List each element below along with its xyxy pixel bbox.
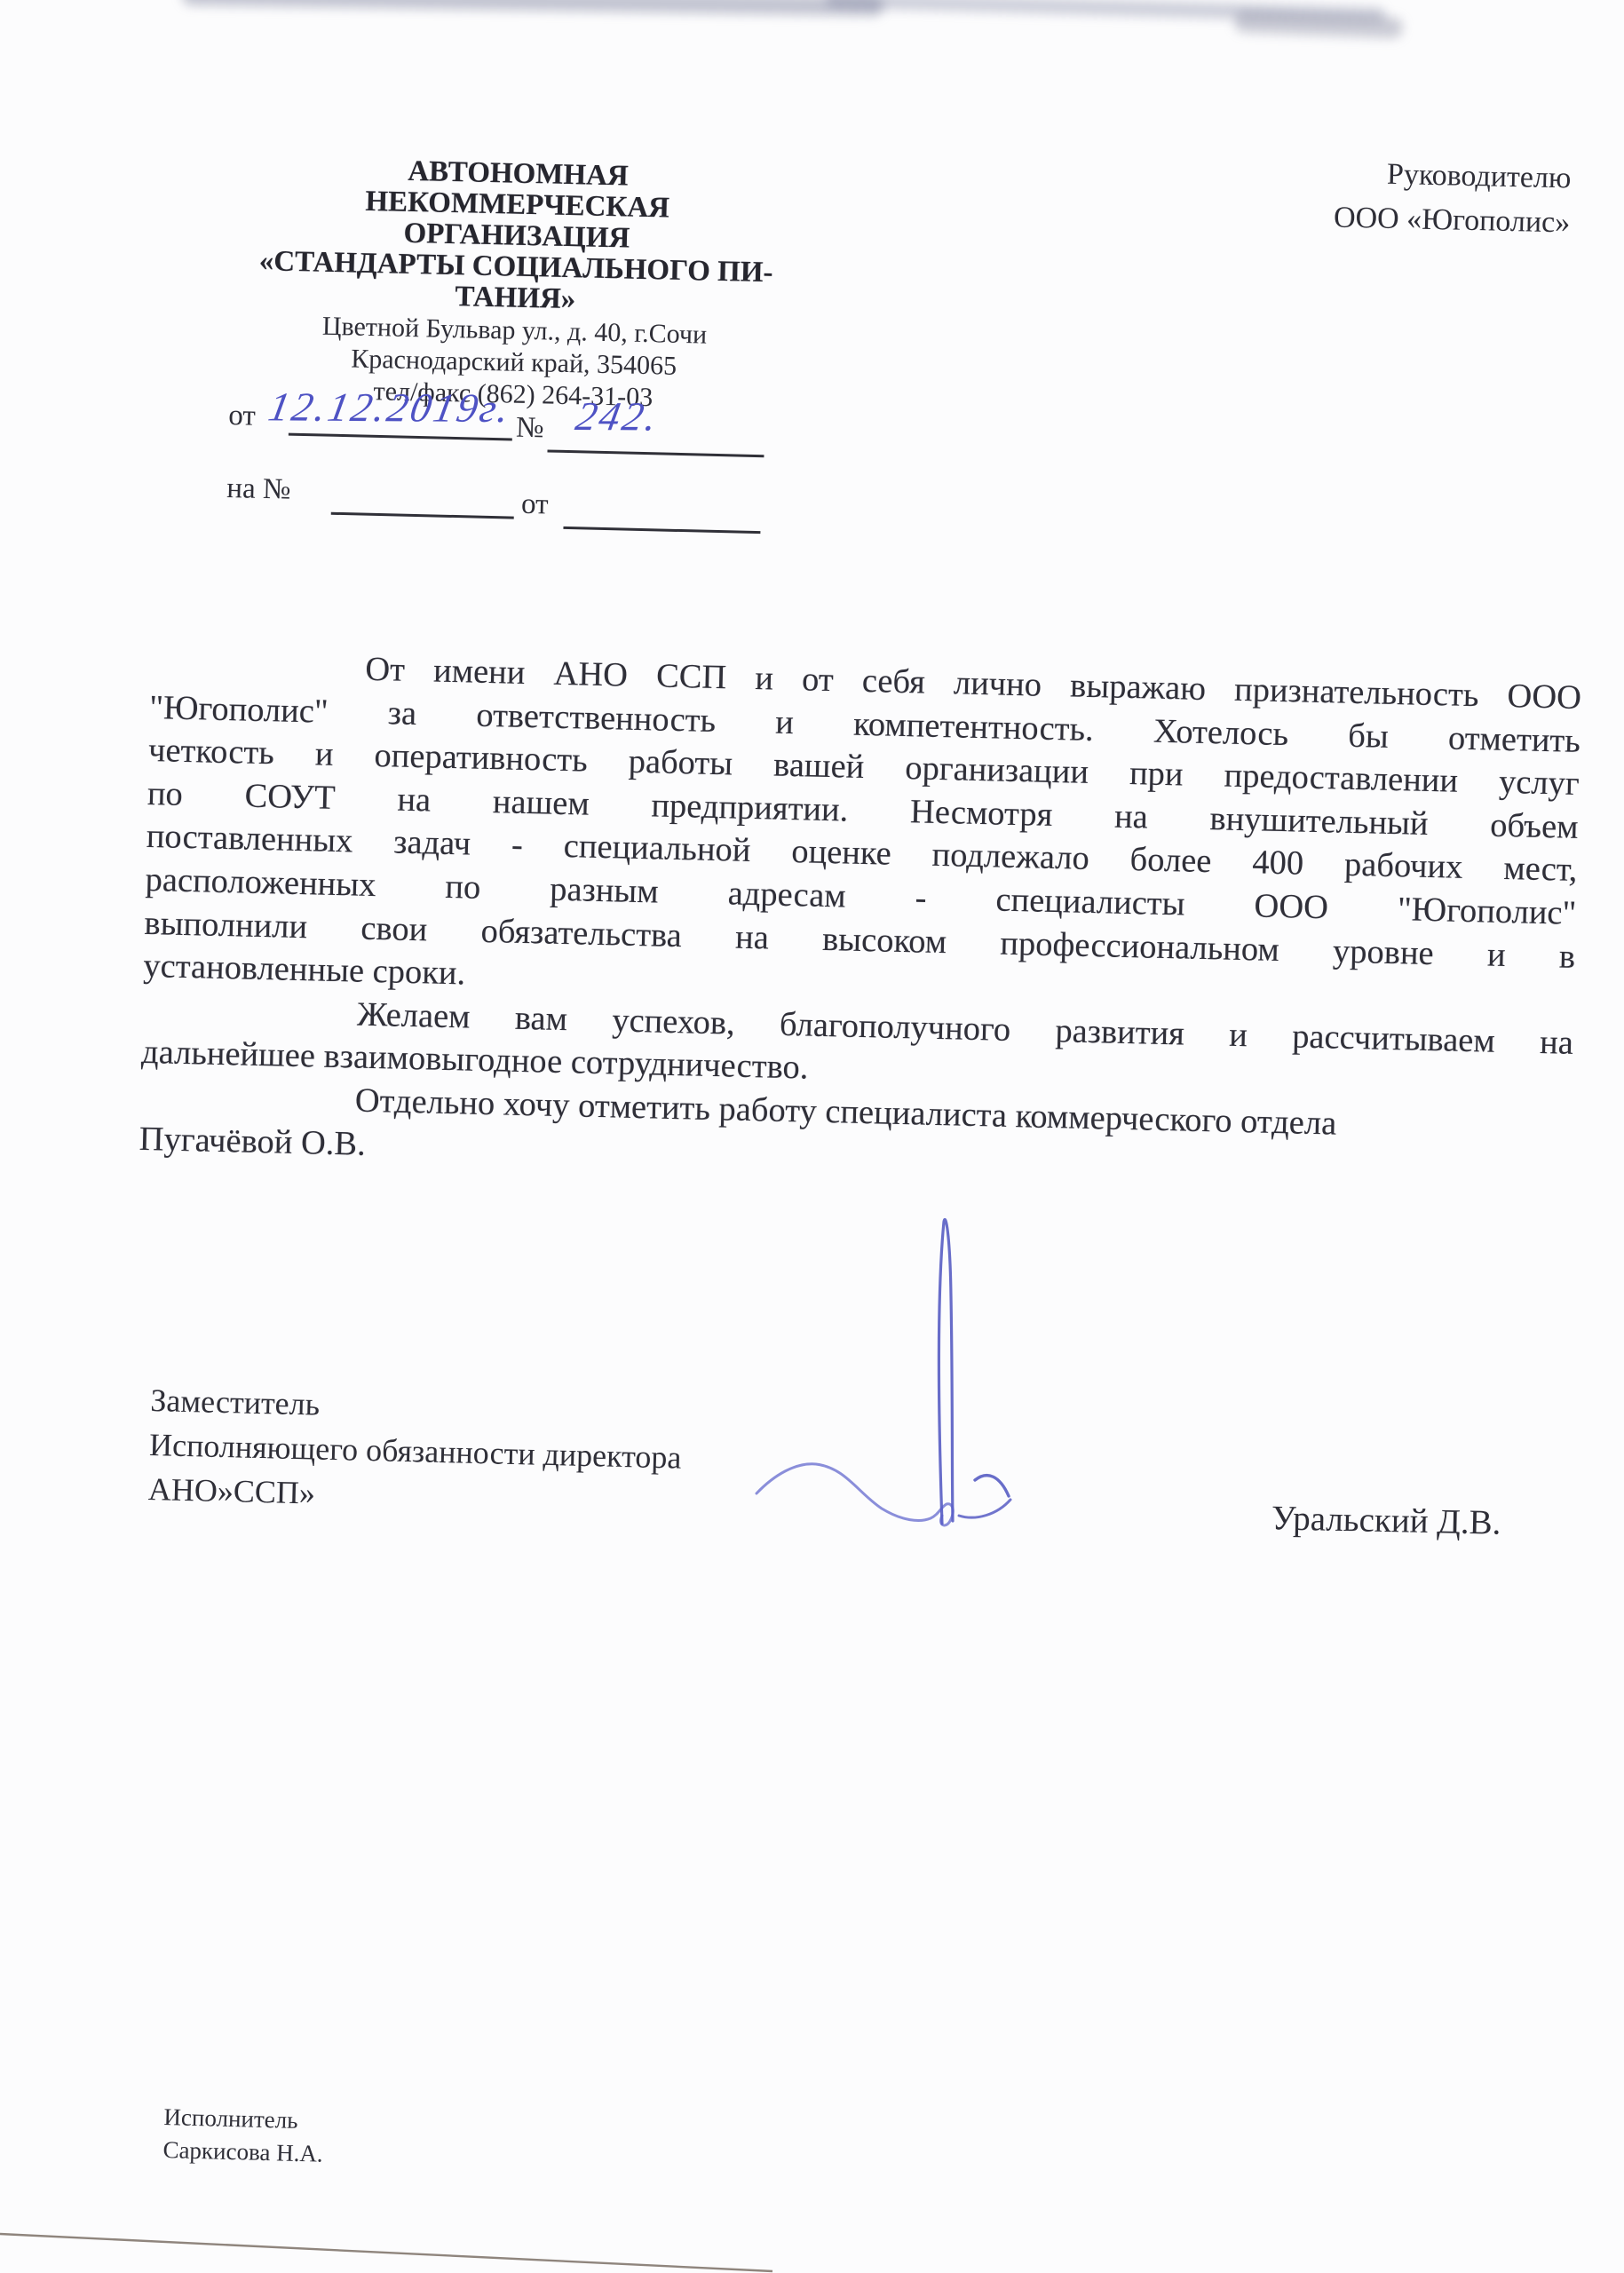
reply-from-label: от [521,488,549,522]
paper-edge-line [0,2216,799,2273]
signer-name: Уральский Д.В. [1271,1498,1501,1542]
letter-body: От имени АНО ССП и от себя лично выражаю… [139,643,1581,1194]
handwritten-date: 12.12.2019г. [265,384,515,432]
number-label: № [516,412,544,446]
executor-block: Исполнитель Саркисова Н.А. [162,2101,324,2171]
scan-smudge-top-right [1234,11,1404,38]
reply-date-rule [563,527,760,534]
from-label: от [228,400,256,433]
letterhead: АВТОНОМНАЯ НЕКОММЕРЧЕСКАЯ ОРГАНИЗАЦИЯ «С… [250,153,781,416]
handwritten-number: 242. [572,392,662,440]
reply-label: на № [226,472,291,507]
signer-title-block: Заместитель Исполняющего обязанности дир… [147,1378,825,1528]
date-rule [289,433,512,441]
scanned-letter-page: АВТОНОМНАЯ НЕКОММЕРЧЕСКАЯ ОРГАНИЗАЦИЯ «С… [0,0,1624,2273]
executor-label: Исполнитель [163,2101,324,2138]
executor-name: Саркисова Н.А. [162,2134,323,2171]
addressee-block: Руководителю ООО «Югополис» [1237,149,1572,245]
signature-ink [746,1199,1314,1572]
scan-smudge-top-left [182,0,883,16]
number-rule [547,449,764,457]
reference-lines: от 12.12.2019г. № 242. на № от [226,391,797,564]
reply-number-rule [331,512,514,519]
addressee-company: ООО «Югополис» [1237,194,1571,245]
scan-smudge-top-mid [826,0,1385,23]
org-name-line: АВТОНОМНАЯ НЕКОММЕРЧЕСКАЯ [254,153,780,226]
addressee-title: Руководителю [1238,149,1572,201]
